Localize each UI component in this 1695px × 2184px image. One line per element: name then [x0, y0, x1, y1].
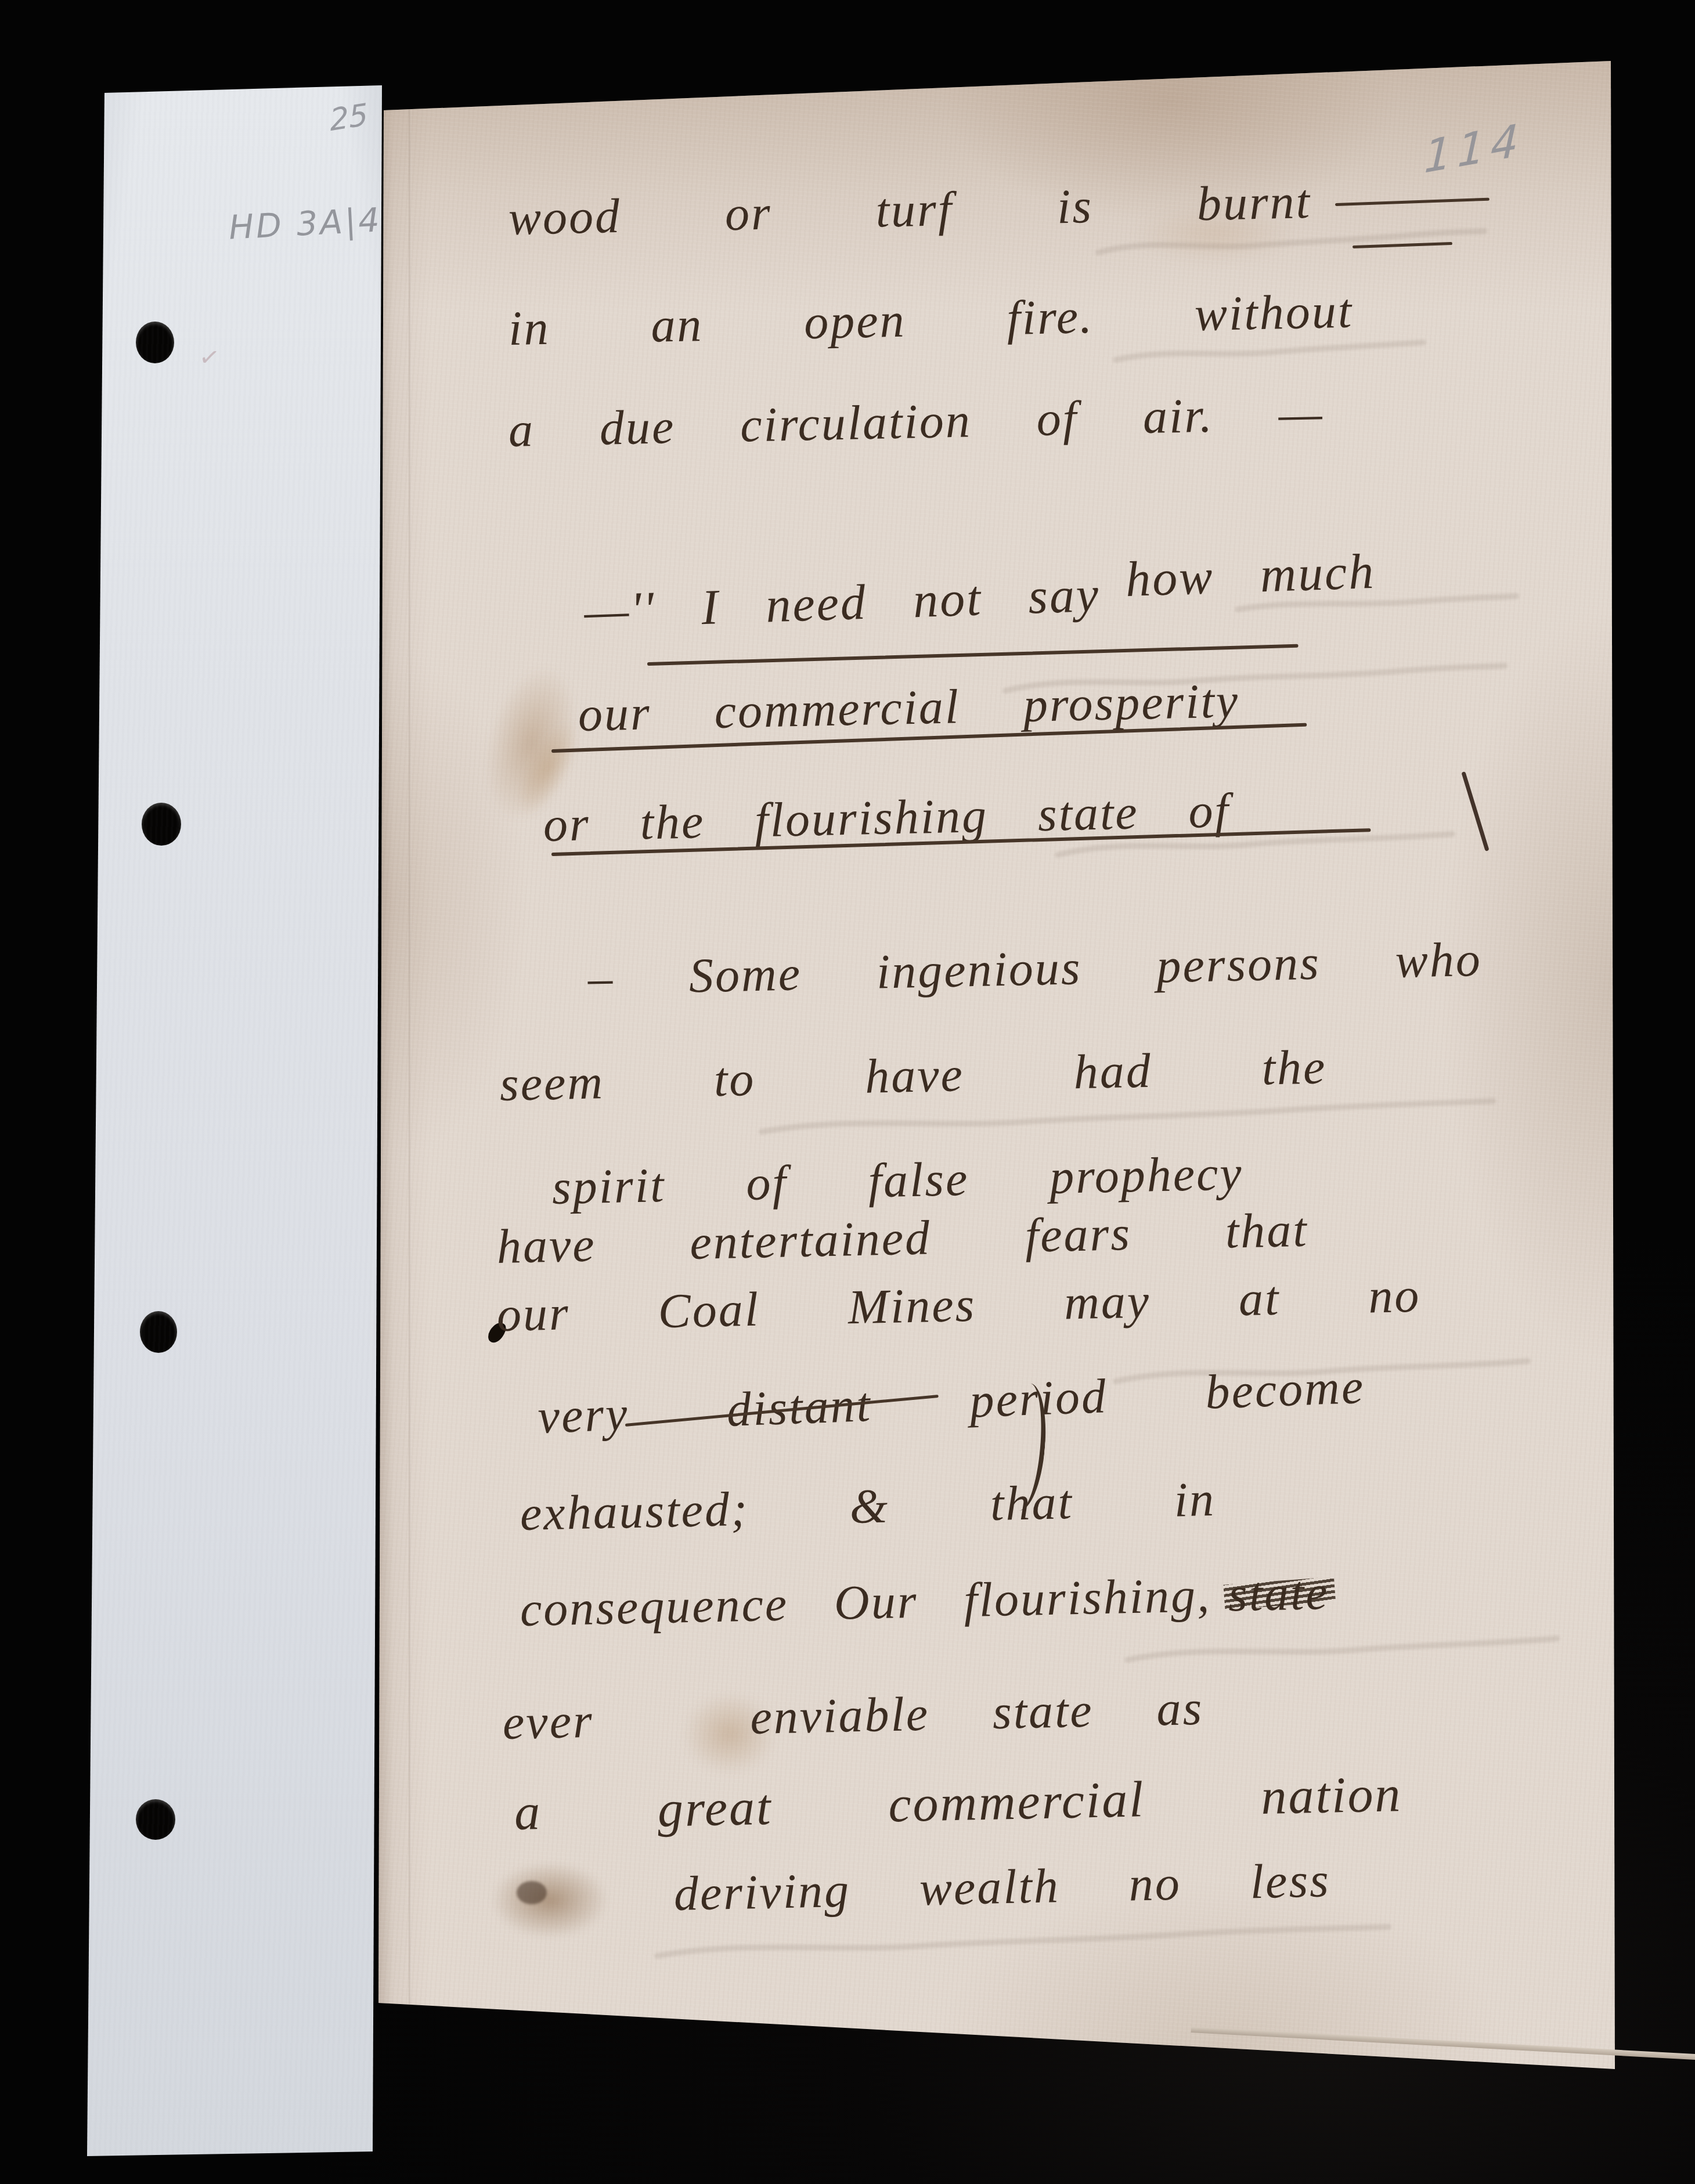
punch-hole	[142, 803, 181, 846]
line-text: enviable state as	[749, 1681, 1204, 1745]
line-text: ever	[502, 1694, 594, 1750]
pencil-folio-number: 25	[329, 98, 369, 139]
dash-quote-mark: —''	[583, 579, 702, 639]
line-text: how much	[1125, 543, 1376, 607]
punch-hole	[140, 1311, 177, 1353]
stain	[491, 1862, 608, 1938]
word-gap	[594, 1734, 751, 1737]
archive-photograph: 25 HD 3A|4 ✓ 114 woo	[0, 0, 1695, 2184]
pencil-reference-code: HD 3A|4	[228, 201, 383, 247]
punch-hole	[136, 322, 174, 363]
filing-strip: 25 HD 3A|4 ✓	[87, 85, 384, 2158]
struck-text: I need not say	[701, 566, 1101, 636]
manuscript-page: 114 wood or turf is burnt in an open fir…	[378, 61, 1616, 2073]
scribbled-out-word: state	[1228, 1566, 1330, 1622]
punch-hole	[136, 1799, 175, 1840]
stain	[517, 1881, 547, 1904]
pencil-checkmark: ✓	[197, 342, 222, 373]
